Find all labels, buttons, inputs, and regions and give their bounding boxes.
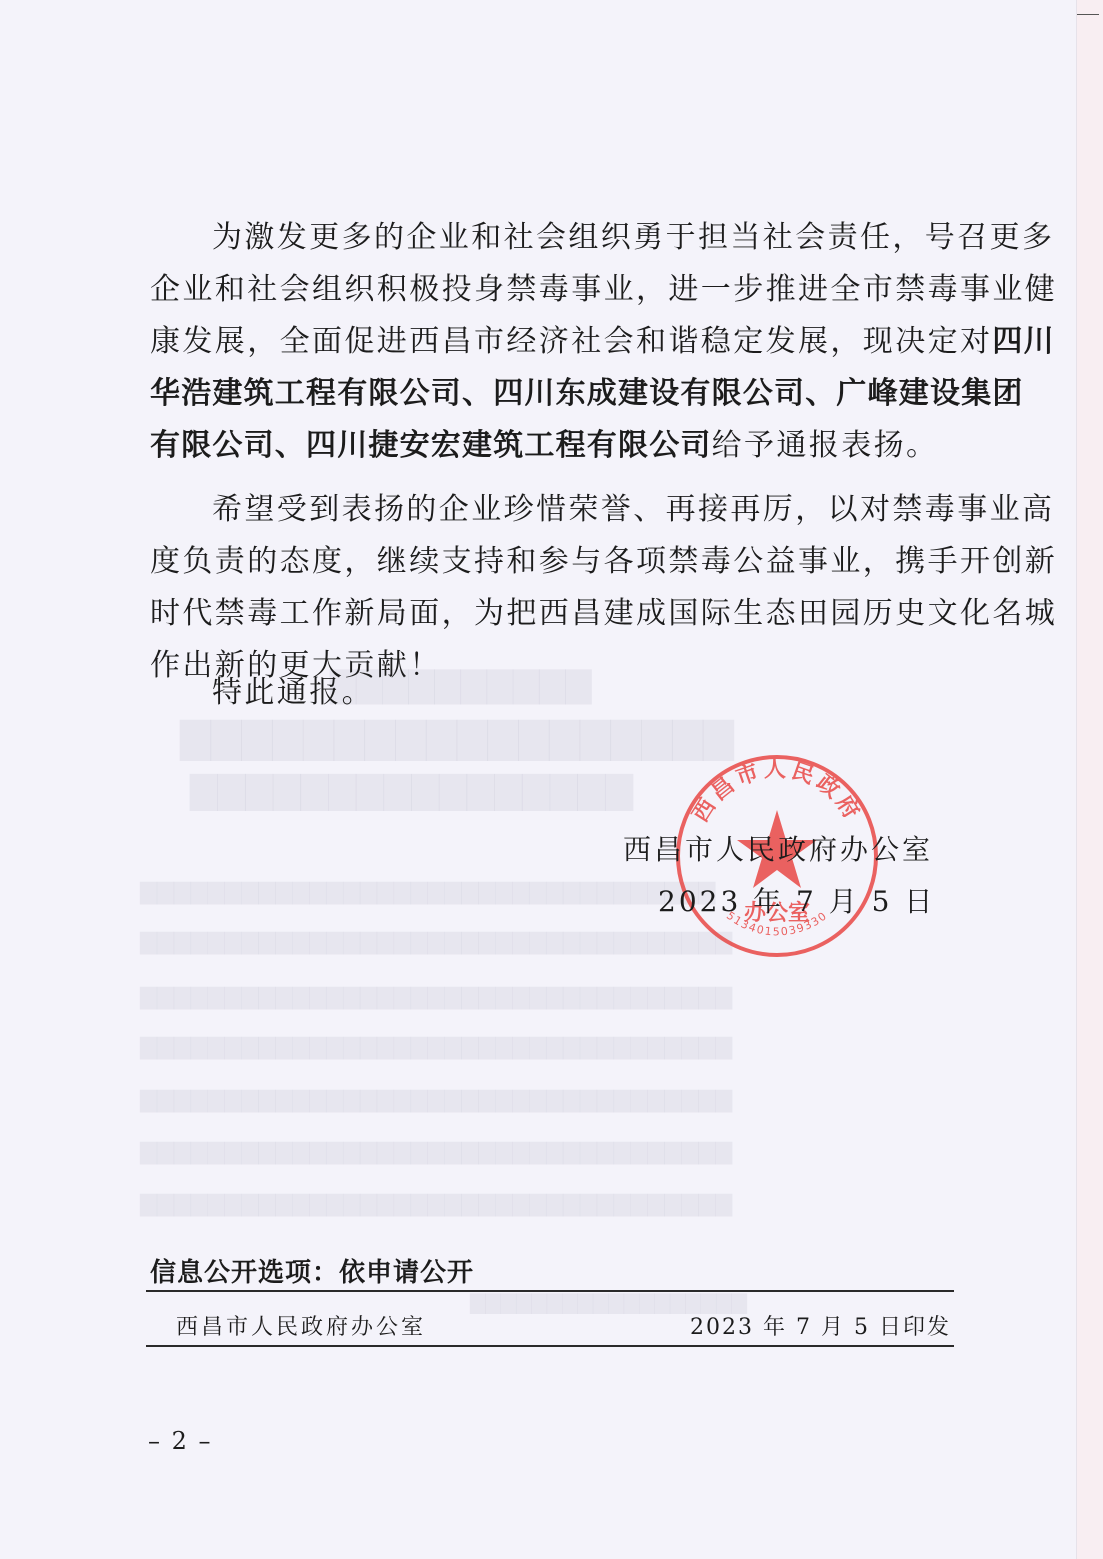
page-number: – 2 – — [148, 1427, 213, 1455]
footer-issuer: 西昌市人民政府办公室 — [176, 1310, 426, 1341]
paragraph-line: 企业和社会组织积极投身禁毒事业，进一步推进全市禁毒事业健 — [150, 264, 955, 316]
paragraph-line: 康发展，全面促进西昌市经济社会和谐稳定发展，现决定对 — [150, 324, 992, 359]
footer-print-date: 2023 年 7 月 5 日印发 — [690, 1310, 951, 1341]
footer-divider-top — [146, 1290, 954, 1292]
paragraph-line: 特此通报。 — [212, 675, 374, 710]
bleed-through-artifact: ▇▇▇▇▇▇▇▇▇▇▇▇▇▇▇▇▇▇▇▇▇▇▇▇▇▇▇▇▇▇▇▇▇▇▇ — [140, 985, 732, 1010]
paragraph-line: 希望受到表扬的企业珍惜荣誉、再接再厉，以对禁毒事业高 — [212, 492, 1054, 527]
bleed-through-artifact: ▇▇▇▇▇▇▇▇▇▇▇▇▇▇▇▇▇▇▇▇▇▇▇▇▇▇▇▇▇▇▇▇▇▇▇ — [140, 1192, 732, 1217]
body-paragraph-closing: 特此通报。 — [150, 667, 955, 719]
company-names-bold: 有限公司、四川捷安宏建筑工程有限公司 — [150, 428, 712, 463]
company-names-bold: 华浩建筑工程有限公司、四川东成建设有限公司、广峰建设集团 — [150, 368, 955, 420]
bleed-through-artifact: ▇▇▇▇▇▇▇▇▇▇▇▇▇▇▇▇▇▇▇▇▇▇▇▇▇▇▇▇▇▇▇▇▇▇▇ — [140, 1088, 732, 1113]
company-name-bold: 四川 — [992, 324, 1054, 359]
disclosure-option: 信息公开选项：依申请公开 — [150, 1252, 474, 1289]
signature-issuer: 西昌市人民政府办公室 — [623, 828, 933, 868]
bleed-through-artifact: ▇▇▇▇▇▇▇▇▇▇▇▇▇▇▇▇▇▇▇▇▇▇▇▇▇▇▇▇▇▇▇▇▇▇ — [140, 880, 715, 905]
signature-date: 2023 年 7 月 5 日 — [658, 880, 935, 920]
bleed-through-artifact: ▇▇▇▇▇▇▇▇▇▇▇▇▇▇▇▇▇▇▇▇▇▇▇▇▇▇▇▇▇▇▇▇▇▇▇ — [140, 1035, 732, 1060]
body-paragraph-encouragement: 希望受到表扬的企业珍惜荣誉、再接再厉，以对禁毒事业高 度负责的态度，继续支持和参… — [150, 484, 955, 692]
footer-divider-bottom — [146, 1345, 954, 1347]
scan-edge-shadow — [1076, 0, 1103, 1559]
paragraph-line: 为激发更多的企业和社会组织勇于担当社会责任，号召更多 — [212, 220, 1054, 255]
bleed-through-artifact: ▇▇▇▇▇▇▇▇▇▇▇▇▇▇▇▇ — [190, 770, 633, 811]
bleed-through-artifact: ▇▇▇▇▇▇▇▇▇▇▇▇▇▇▇▇▇▇ — [180, 715, 734, 761]
bleed-through-artifact: ▇▇▇▇▇▇▇▇▇▇▇▇▇▇▇▇▇▇▇▇▇▇▇▇▇▇▇▇▇▇▇▇▇▇▇ — [140, 930, 732, 955]
paragraph-line: 时代禁毒工作新局面，为把西昌建成国际生态田园历史文化名城 — [150, 588, 955, 640]
bleed-through-artifact: ▇▇▇▇▇▇▇▇▇▇▇▇▇▇▇▇▇▇▇▇▇▇▇▇▇▇▇▇▇▇▇▇▇▇▇ — [140, 1140, 732, 1165]
paragraph-line: 给予通报表扬。 — [712, 428, 939, 463]
body-paragraph-commendation: 为激发更多的企业和社会组织勇于担当社会责任，号召更多 企业和社会组织积极投身禁毒… — [150, 212, 955, 472]
paragraph-line: 度负责的态度，继续支持和参与各项禁毒公益事业，携手开创新 — [150, 536, 955, 588]
scan-edge-mark — [1077, 14, 1099, 15]
